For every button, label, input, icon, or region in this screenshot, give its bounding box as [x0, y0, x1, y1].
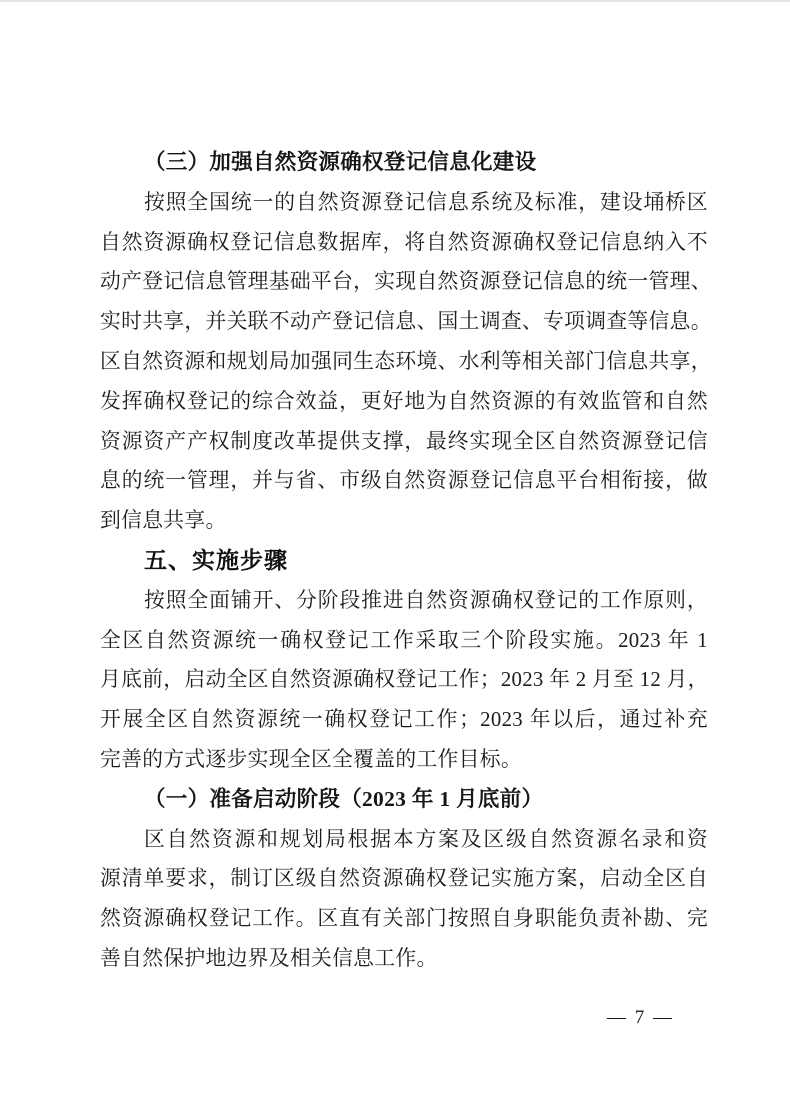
body-line: 资源资产产权制度改革提供支撑，最终实现全区自然资源登记信 — [100, 422, 708, 462]
body-line: 息的统一管理，并与省、市级自然资源登记信息平台相衔接，做 — [100, 461, 708, 501]
document-page: （三）加强自然资源确权登记信息化建设 按照全国统一的自然资源登记信息系统及标准，… — [0, 0, 790, 1116]
scan-edge-artifact — [0, 0, 790, 2]
subsection-heading-3: （三）加强自然资源确权登记信息化建设 — [100, 143, 708, 183]
body-line: 源清单要求，制订区级自然资源确权登记实施方案，启动全区自 — [100, 859, 708, 899]
body-line: 实时共享，并关联不动产登记信息、国土调查、专项调查等信息。 — [100, 302, 708, 342]
body-line: 到信息共享。 — [100, 501, 708, 541]
section-heading-5-implementation-steps: 五、实施步骤 — [100, 541, 708, 581]
body-line: 完善的方式逐步实现全区全覆盖的工作目标。 — [100, 740, 708, 780]
body-line: 自然资源确权登记信息数据库，将自然资源确权登记信息纳入不 — [100, 223, 708, 263]
body-line: 按照全面铺开、分阶段推进自然资源确权登记的工作原则， — [100, 581, 708, 621]
body-line: 动产登记信息管理基础平台，实现自然资源登记信息的统一管理、 — [100, 262, 708, 302]
body-line: 区自然资源和规划局根据本方案及区级自然资源名录和资 — [100, 820, 708, 860]
subsection-heading-1-preparation-stage: （一）准备启动阶段（2023 年 1 月底前） — [100, 780, 708, 820]
document-body: （三）加强自然资源确权登记信息化建设 按照全国统一的自然资源登记信息系统及标准，… — [100, 143, 708, 979]
body-line: 区自然资源和规划局加强同生态环境、水利等相关部门信息共享， — [100, 342, 708, 382]
body-line: 然资源确权登记工作。区直有关部门按照自身职能负责补勘、完 — [100, 899, 708, 939]
body-line: 发挥确权登记的综合效益，更好地为自然资源的有效监管和自然 — [100, 382, 708, 422]
body-line: 按照全国统一的自然资源登记信息系统及标准，建设埇桥区 — [100, 183, 708, 223]
page-number: — 7 — — [607, 1005, 674, 1031]
body-line: 月底前，启动全区自然资源确权登记工作；2023 年 2 月至 12 月， — [100, 660, 708, 700]
body-line: 善自然保护地边界及相关信息工作。 — [100, 939, 708, 979]
body-line: 开展全区自然资源统一确权登记工作；2023 年以后，通过补充 — [100, 700, 708, 740]
body-line: 全区自然资源统一确权登记工作采取三个阶段实施。2023 年 1 — [100, 621, 708, 661]
